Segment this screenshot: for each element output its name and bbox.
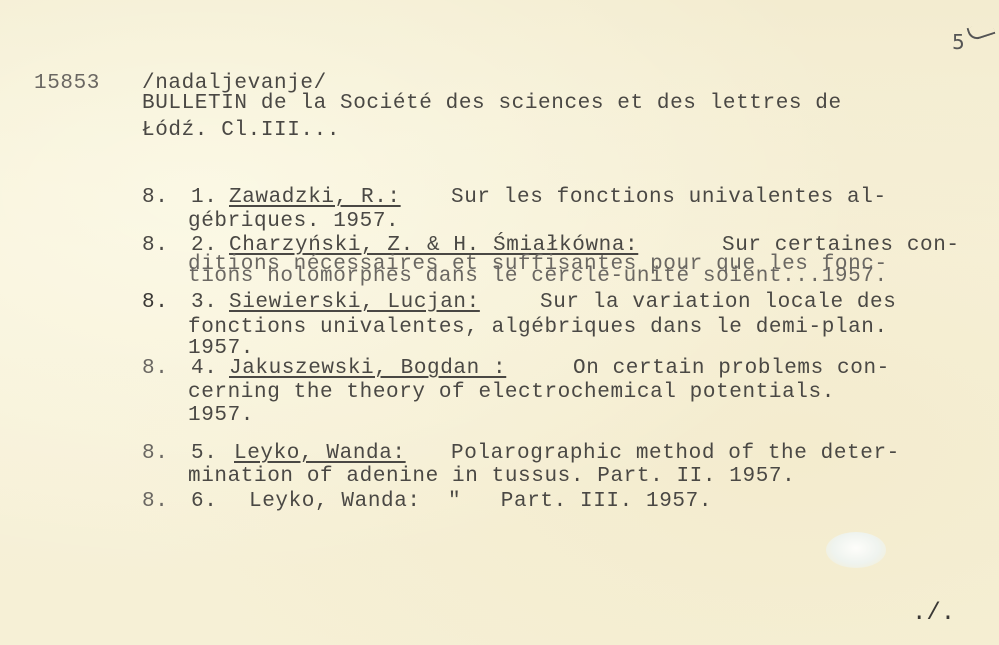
entry-title-line: 1957. xyxy=(188,338,254,359)
title-line-2: Łódź. Cl.III... xyxy=(142,120,340,141)
entry-title-line: " Part. III. 1957. xyxy=(448,491,712,512)
entry-series: 8. xyxy=(142,292,168,313)
page-mark: 5 xyxy=(952,30,965,54)
entry-title-line: gébriques. 1957. xyxy=(188,211,399,232)
entry-author: Jakuszewski, Bogdan : xyxy=(229,358,506,379)
entry-title-line: 1957. xyxy=(188,405,254,426)
entry-title-line: Polarographic method of the deter- xyxy=(451,443,900,464)
entry-number: 6. xyxy=(191,491,217,512)
entry-title-line: cerning the theory of electrochemical po… xyxy=(188,382,835,403)
entry-author: Leyko, Wanda: xyxy=(249,491,421,512)
continued-marker: ./. xyxy=(912,600,955,627)
entry-number: 4. xyxy=(191,358,217,379)
entry-author: Leyko, Wanda: xyxy=(234,443,406,464)
entry-number: 3. xyxy=(191,292,217,313)
entry-title-line: fonctions univalentes, algébriques dans … xyxy=(188,317,888,338)
entry-series: 8. xyxy=(142,443,168,464)
catalog-card: 5 15853 /nadaljevanje/ BULLETIN de la So… xyxy=(0,0,999,645)
check-mark-icon xyxy=(966,20,995,41)
entry-title-line: Sur la variation locale des xyxy=(540,292,896,313)
entry-number: 5. xyxy=(191,443,217,464)
entry-series: 8. xyxy=(142,235,168,256)
entry-series: 8. xyxy=(142,358,168,379)
entry-series: 8. xyxy=(142,491,168,512)
title-line-1: BULLETIN de la Société des sciences et d… xyxy=(142,93,842,114)
entry-title-line: tions holomorphes dans le cercle-unité s… xyxy=(188,266,888,287)
entry-title-line: Sur les fonctions univalentes al- xyxy=(451,187,887,208)
entry-title-line: mination of adenine in tussus. Part. II.… xyxy=(188,466,795,487)
call-number: 15853 xyxy=(34,73,100,94)
entry-title-line: On certain problems con- xyxy=(573,358,890,379)
entry-number: 1. xyxy=(191,187,217,208)
entry-author: Zawadzki, R.: xyxy=(229,187,401,208)
continuation-note: /nadaljevanje/ xyxy=(142,73,327,94)
entry-author: Siewierski, Lucjan: xyxy=(229,292,480,313)
paper-stain xyxy=(826,532,886,568)
entry-series: 8. xyxy=(142,187,168,208)
